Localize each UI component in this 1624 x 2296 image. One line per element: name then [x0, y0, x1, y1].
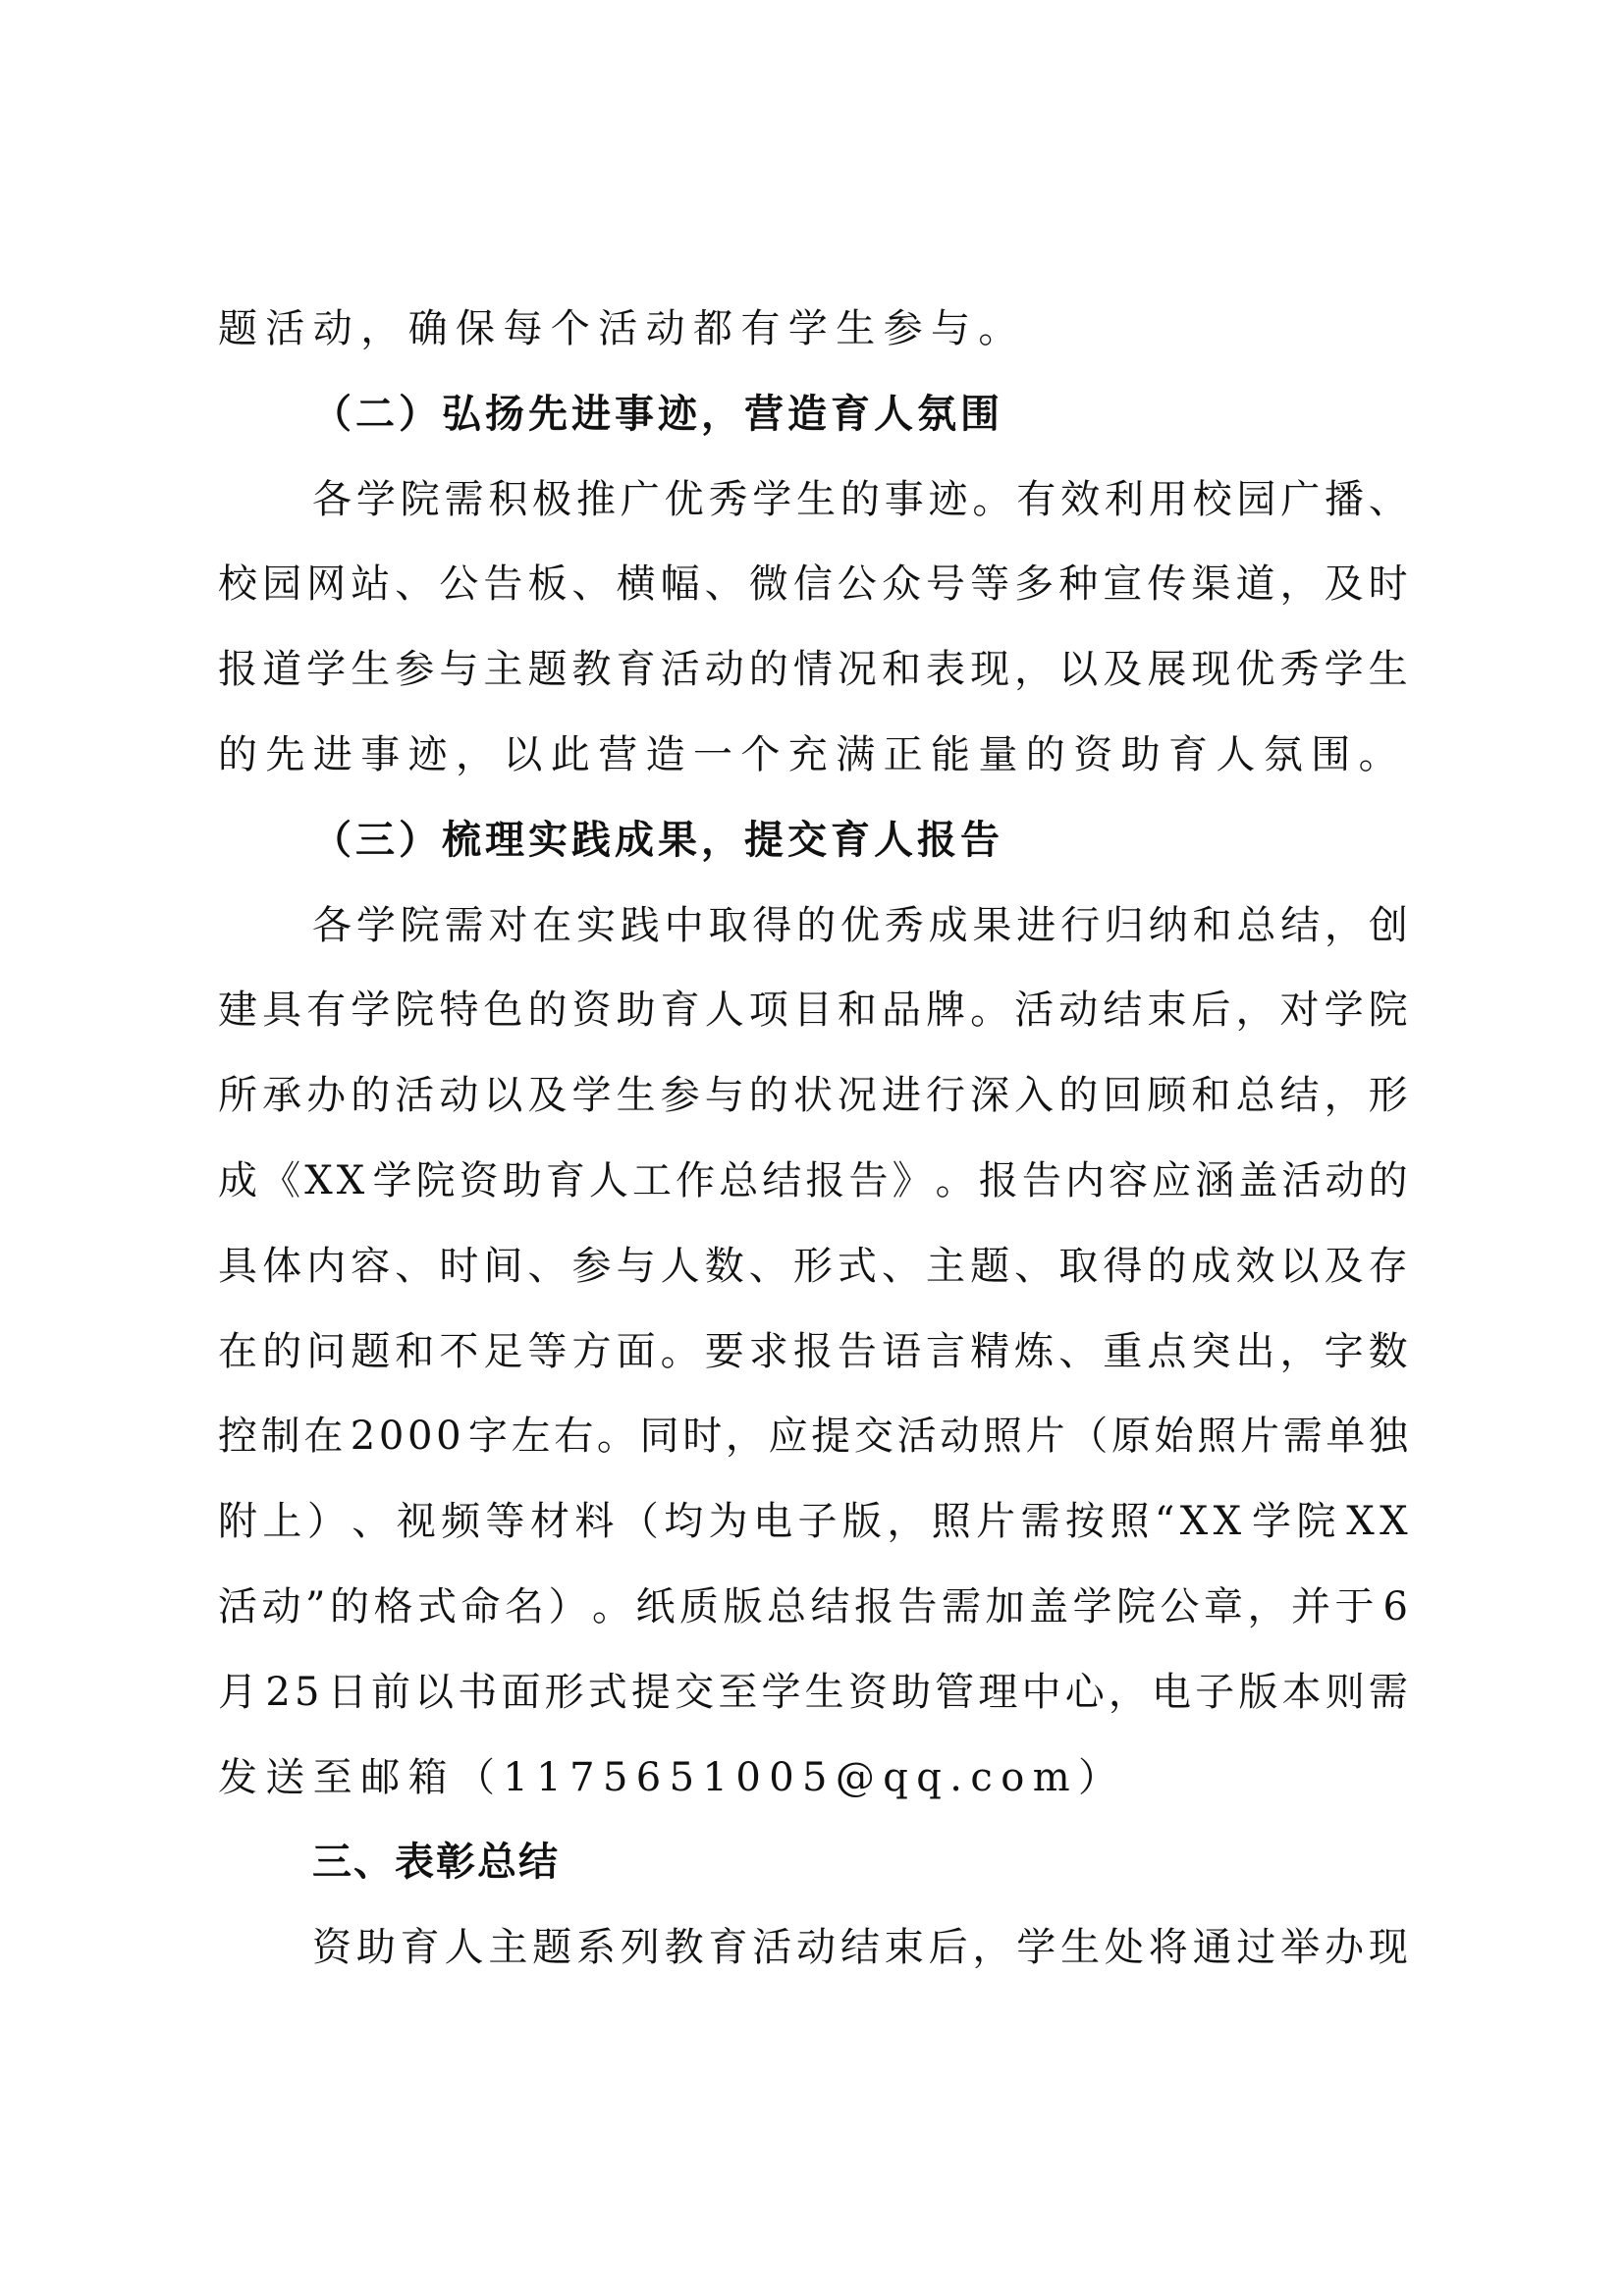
section-subheading-3: （三）梳理实践成果，提交育人报告: [218, 798, 1408, 883]
body-line: 建具有学院特色的资助育人项目和品牌。活动结束后，对学院: [218, 968, 1408, 1053]
body-line: 的先进事迹，以此营造一个充满正能量的资助育人氛围。: [218, 713, 1408, 798]
body-line: 所承办的活动以及学生参与的状况进行深入的回顾和总结，形: [218, 1053, 1408, 1139]
section-subheading-2: （二）弘扬先进事迹，营造育人氛围: [218, 372, 1408, 457]
body-line: 资助育人主题系列教育活动结束后，学生处将通过举办现: [218, 1905, 1408, 1991]
body-line: 控制在 2000 字左右。同时，应提交活动照片（原始照片需单独: [218, 1394, 1408, 1479]
body-line: 题活动，确保每个活动都有学生参与。: [218, 287, 1408, 372]
body-line-email: 发送至邮箱（1175651005@qq.com）: [218, 1735, 1408, 1821]
section-heading-3: 三、表彰总结: [218, 1820, 1408, 1905]
body-line: 报道学生参与主题教育活动的情况和表现，以及展现优秀学生: [218, 627, 1408, 713]
body-line: 校园网站、公告板、横幅、微信公众号等多种宣传渠道，及时: [218, 542, 1408, 627]
body-line: 附上）、视频等材料（均为电子版，照片需按照“XX 学院 XX: [218, 1479, 1408, 1565]
body-line: 具体内容、时间、参与人数、形式、主题、取得的成效以及存: [218, 1224, 1408, 1309]
body-line: 各学院需积极推广优秀学生的事迹。有效利用校园广播、: [218, 457, 1408, 543]
body-line: 成《XX 学院资助育人工作总结报告》。报告内容应涵盖活动的: [218, 1139, 1408, 1224]
document-page: 题活动，确保每个活动都有学生参与。 （二）弘扬先进事迹，营造育人氛围 各学院需积…: [218, 287, 1408, 1991]
body-line: 月 25 日前以书面形式提交至学生资助管理中心，电子版本则需: [218, 1650, 1408, 1735]
body-line: 在的问题和不足等方面。要求报告语言精炼、重点突出，字数: [218, 1309, 1408, 1395]
body-line: 各学院需对在实践中取得的优秀成果进行归纳和总结，创: [218, 883, 1408, 969]
body-line: 活动”的格式命名）。纸质版总结报告需加盖学院公章，并于 6: [218, 1565, 1408, 1650]
